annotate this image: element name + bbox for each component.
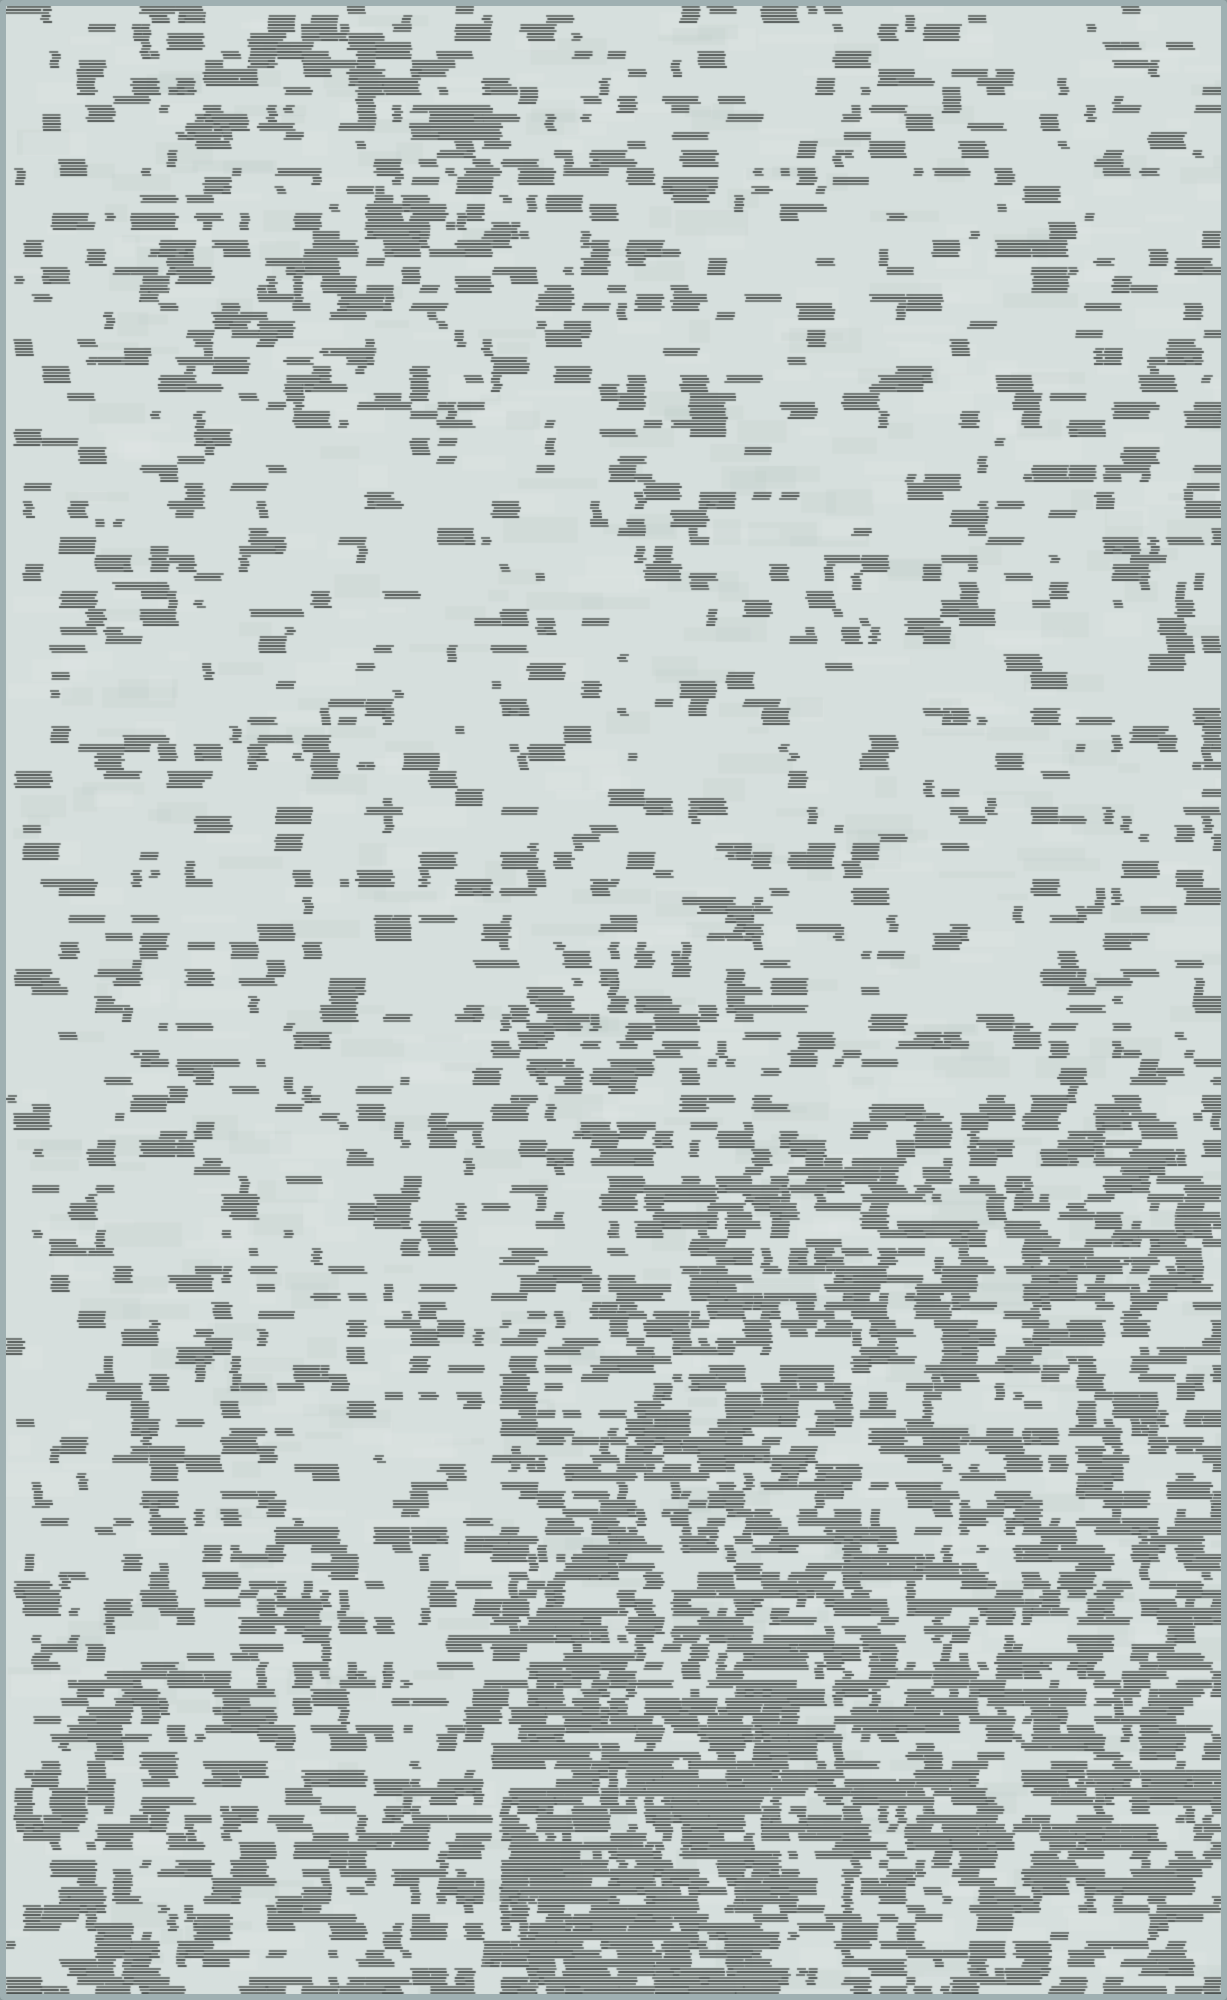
rug-texture — [6, 6, 1221, 1994]
rug-photo — [0, 0, 1227, 2000]
